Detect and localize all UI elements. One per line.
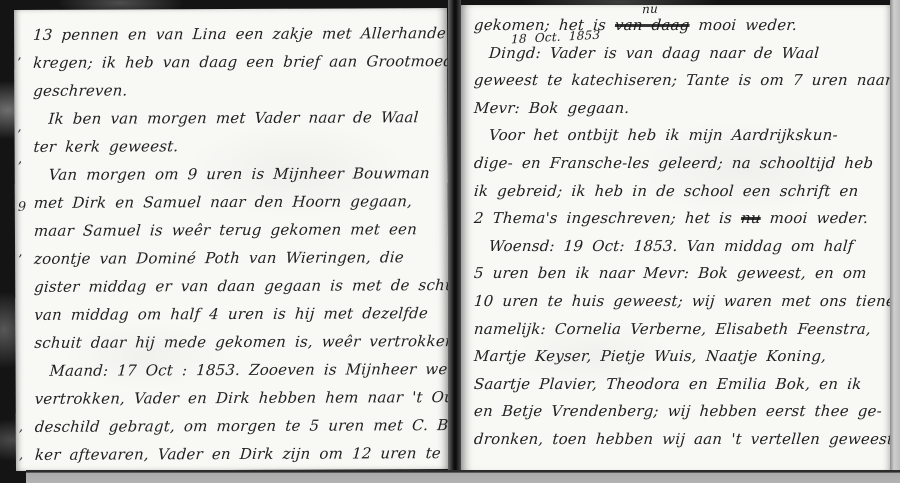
ink-margin-mark: ’ (18, 253, 28, 268)
ink-margin-mark: 9 (18, 200, 28, 215)
handwritten-line-left-12: Maand: 17 Oct : 1853. Zooeven is Mijnhee… (34, 355, 443, 385)
ink-margin-mark: ’ (18, 160, 28, 175)
handwritten-text: namelijk: Cornelia Verberne, Elisabeth F… (473, 320, 871, 338)
handwritten-line-right-5: dige- en Fransche-les geleerd; na school… (473, 150, 886, 178)
handwritten-line-left-3: Ik ben van morgen met Vader naar de Waal (33, 103, 442, 133)
handwritten-text: dronken, toen hebben wij aan 't vertelle… (473, 430, 894, 448)
handwritten-text: van middag om half 4 uren is hij met dez… (34, 304, 429, 324)
handwritten-text: 5 uren ben ik naar Mevr: Bok geweest, en… (473, 264, 867, 282)
handwritten-text: Martje Keyser, Pietje Wuis, Naatje Konin… (473, 347, 826, 365)
handwritten-line-right-9: 5 uren ben ik naar Mevr: Bok geweest, en… (473, 260, 886, 288)
handwritten-text: ter kerk geweest. (33, 137, 179, 156)
ink-margin-mark: , (19, 448, 29, 463)
handwritten-text: dige- en Fransche-les geleerd; na school… (473, 154, 874, 172)
handwritten-text: Vader is van daag naar de Waal (549, 44, 820, 62)
handwritten-text: schuit daar hij mede gekomen is, weêr ve… (34, 332, 456, 352)
handwritten-text: met Dirk en Samuel naar den Hoorn gegaan… (33, 192, 413, 212)
handwritten-line-left-4: ter kerk geweest. (33, 131, 442, 161)
diary-scan: 13 pennen en van Lina een zakje met Alle… (0, 0, 900, 483)
handwritten-line-right-6: ik gebreid; ik heb in de school een schr… (473, 178, 886, 206)
handwritten-text: vertrokken, Vader en Dirk hebben hem naa… (34, 388, 460, 408)
handwritten-line-left-8: zoontje van Dominé Poth van Wieringen, d… (33, 243, 442, 273)
handwritten-text: gister middag er van daan gegaan is met … (34, 276, 472, 296)
handwritten-text: Mevr: Bok gegaan. (473, 99, 630, 117)
page-bottom-edge (26, 470, 900, 483)
handwritten-line-right-8: Woensd: 19 Oct: 1853. Van middag om half (473, 233, 886, 261)
handwritten-line-right-11: namelijk: Cornelia Verberne, Elisabeth F… (473, 316, 886, 344)
handwritten-text: ik gebreid; ik heb in de school een schr… (473, 182, 859, 200)
right-page-text: gekomen; het is van daagnu mooi weder.Di… (461, 5, 890, 454)
handwritten-line-left-7: maar Samuel is weêr terug gekomen met ee… (33, 215, 442, 245)
ink-margin-mark: ’ (17, 56, 27, 71)
handwritten-text: Maand: 17 Oct : 1853. Zooeven is Mijnhee… (49, 360, 465, 380)
handwritten-line-left-6: met Dirk en Samuel naar den Hoorn gegaan… (33, 187, 442, 217)
handwritten-line-left-9: gister middag er van daan gegaan is met … (33, 271, 442, 301)
handwritten-text: deschild gebragt, om morgen te 5 uren me… (34, 416, 472, 436)
handwritten-line-right-15: dronken, toen hebben wij aan 't vertelle… (473, 426, 886, 454)
handwritten-line-left-5: Van morgen om 9 uren is Mijnheer Bouwman (33, 159, 442, 189)
handwritten-line-left-13: vertrokken, Vader en Dirk hebben hem naa… (34, 383, 443, 413)
handwritten-text: en Betje Vrendenberg; wij hebben eerst t… (473, 402, 882, 420)
handwritten-text: geschreven. (33, 81, 128, 99)
handwritten-line-left-11: schuit daar hij mede gekomen is, weêr ve… (34, 327, 443, 357)
handwritten-line-left-2: geschreven. (32, 75, 441, 105)
right-page: gekomen; het is van daagnu mooi weder.Di… (461, 5, 890, 472)
handwritten-line-right-1: Dingd: 18 Oct. 1853Vader is van daag naa… (473, 40, 886, 68)
handwritten-line-right-13: Saartje Plavier, Theodora en Emilia Bok,… (473, 371, 886, 399)
handwritten-line-right-4: Voor het ontbijt heb ik mijn Aardrijksku… (473, 122, 886, 150)
handwritten-line-right-12: Martje Keyser, Pietje Wuis, Naatje Konin… (473, 343, 886, 371)
handwritten-line-right-7: 2 Thema's ingeschreven; het is nu mooi w… (473, 205, 886, 233)
handwritten-text: Saartje Plavier, Theodora en Emilia Bok,… (473, 375, 862, 393)
handwritten-text: kregen; ik heb van daag een brief aan Gr… (33, 52, 471, 72)
handwritten-text: 10 uren te huis geweest; wij waren met o… (473, 292, 900, 310)
handwritten-text: ker aftevaren, Vader en Dirk zijn om 12 … (34, 444, 483, 464)
handwritten-text: zoontje van Dominé Poth van Wieringen, d… (33, 248, 404, 268)
handwritten-text: mooi weder. (689, 16, 798, 34)
handwritten-line-left-0: 13 pennen en van Lina een zakje met Alle… (32, 19, 441, 49)
handwritten-text: maar Samuel is weêr terug gekomen met ee… (33, 220, 417, 240)
struck-text: van daag (614, 16, 690, 34)
handwritten-line-left-10: van middag om half 4 uren is hij met dez… (33, 299, 442, 329)
inserted-text-above: 18 Oct. 1853 (511, 28, 600, 45)
handwritten-line-left-14: deschild gebragt, om morgen te 5 uren me… (34, 411, 443, 441)
handwritten-text: Woensd: 19 Oct: 1853. Van middag om half (488, 237, 854, 255)
struck-text: nu (740, 209, 761, 227)
handwritten-line-left-1: kregen; ik heb van daag een brief aan Gr… (32, 47, 441, 77)
handwritten-line-left-15: ker aftevaren, Vader en Dirk zijn om 12 … (34, 439, 443, 469)
handwritten-text: Voor het ontbijt heb ik mijn Aardrijksku… (488, 126, 838, 144)
left-page-text: 13 pennen en van Lina een zakje met Alle… (14, 8, 449, 469)
ink-margin-mark: , (17, 120, 27, 135)
handwritten-line-right-10: 10 uren te huis geweest; wij waren met o… (473, 288, 886, 316)
book-gutter (448, 0, 461, 478)
page-edge-right (890, 0, 900, 470)
handwritten-text: 2 Thema's ingeschreven; het is (473, 209, 741, 227)
ink-margin-mark: , (19, 420, 29, 435)
handwritten-line-right-14: en Betje Vrendenberg; wij hebben eerst t… (473, 398, 886, 426)
handwritten-text: mooi weder. (760, 209, 869, 227)
handwritten-text: Ik ben van morgen met Vader naar de Waal (48, 108, 419, 128)
handwritten-line-right-2: geweest te katechiseren; Tante is om 7 u… (473, 67, 886, 95)
handwritten-text: Van morgen om 9 uren is Mijnheer Bouwman (48, 164, 430, 184)
handwritten-text: Dingd: (488, 44, 550, 62)
handwritten-text: 13 pennen en van Lina een zakje met Alle… (32, 24, 479, 44)
left-page: 13 pennen en van Lina een zakje met Alle… (14, 8, 449, 471)
handwritten-text: geweest te katechiseren; Tante is om 7 u… (473, 71, 893, 89)
inserted-text-above: nu (642, 3, 658, 16)
handwritten-line-right-3: Mevr: Bok gegaan. (473, 95, 886, 123)
